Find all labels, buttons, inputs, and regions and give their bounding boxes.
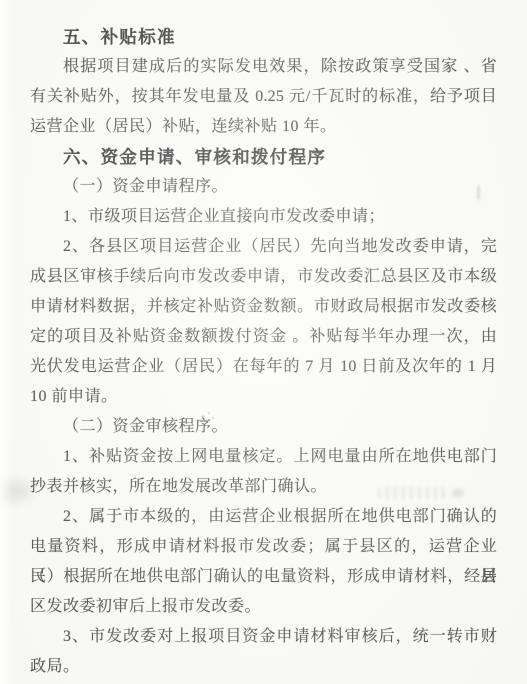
text-line: 运营企业（居民）补贴，连续补贴 10 年。	[30, 112, 497, 142]
text-line: 2、各县区项目运营企业（居民）先向当地发改委申请，完	[30, 232, 497, 262]
text-line: 10 前申请。	[30, 382, 497, 412]
text-line: （二）资金审核程序。	[30, 412, 497, 442]
section-heading: 六、资金申请、审核和拨付程序	[30, 142, 497, 172]
scan-smudge-left	[0, 480, 32, 502]
text-line: 政局。	[30, 652, 497, 682]
text-line: 申请材料数据，并核定补贴资金数额。市财政局根据市发改委核	[30, 292, 497, 322]
text-line: 有关补贴外，按其年发电量及 0.25 元/千瓦时的标准，给予项目	[30, 82, 497, 112]
section-heading: 五、补贴标准	[30, 22, 497, 52]
text-line: 成县区审核手续后向市发改委申请，市发改委汇总县区及市本级	[30, 262, 497, 292]
document-lines: 五、补贴标准根据项目建成后的实际发电效果，除按政策享受国家 、省有关补贴外，按其…	[30, 22, 497, 682]
text-line: 2、属于市本级的，由运营企业根据所在地供电部门确认的	[30, 502, 497, 532]
text-line: 区发改委初审后上报市发改委。	[30, 592, 497, 622]
text-line: 民）根据所在地供电部门确认的电量资料，形成申请材料，经县	[30, 562, 497, 592]
text-line: 3、市发改委对上报项目资金申请材料审核后，统一转市财	[30, 622, 497, 652]
text-line: 抄表并核实，所在地发展改革部门确认。	[30, 472, 497, 502]
text-line: 电量资料，形成申请材料报市发改委；属于县区的，运营企业（居	[30, 532, 497, 562]
text-line: 1、市级项目运营企业直接向市发改委申请；	[30, 202, 497, 232]
text-line: 根据项目建成后的实际发电效果，除按政策享受国家 、省	[30, 52, 497, 82]
text-line: 定的项目及补贴资金数额拨付资金 。补贴每半年办理一次，由	[30, 322, 497, 352]
scanned-document-page: 五、补贴标准根据项目建成后的实际发电效果，除按政策享受国家 、省有关补贴外，按其…	[0, 0, 527, 684]
text-line: 1、补贴资金按上网电量核定。上网电量由所在地供电部门	[30, 442, 497, 472]
text-line: （一）资金申请程序。	[30, 172, 497, 202]
text-line: 光伏发电运营企业（居民）在每年的 7 月 10 日前及次年的 1 月	[30, 352, 497, 382]
